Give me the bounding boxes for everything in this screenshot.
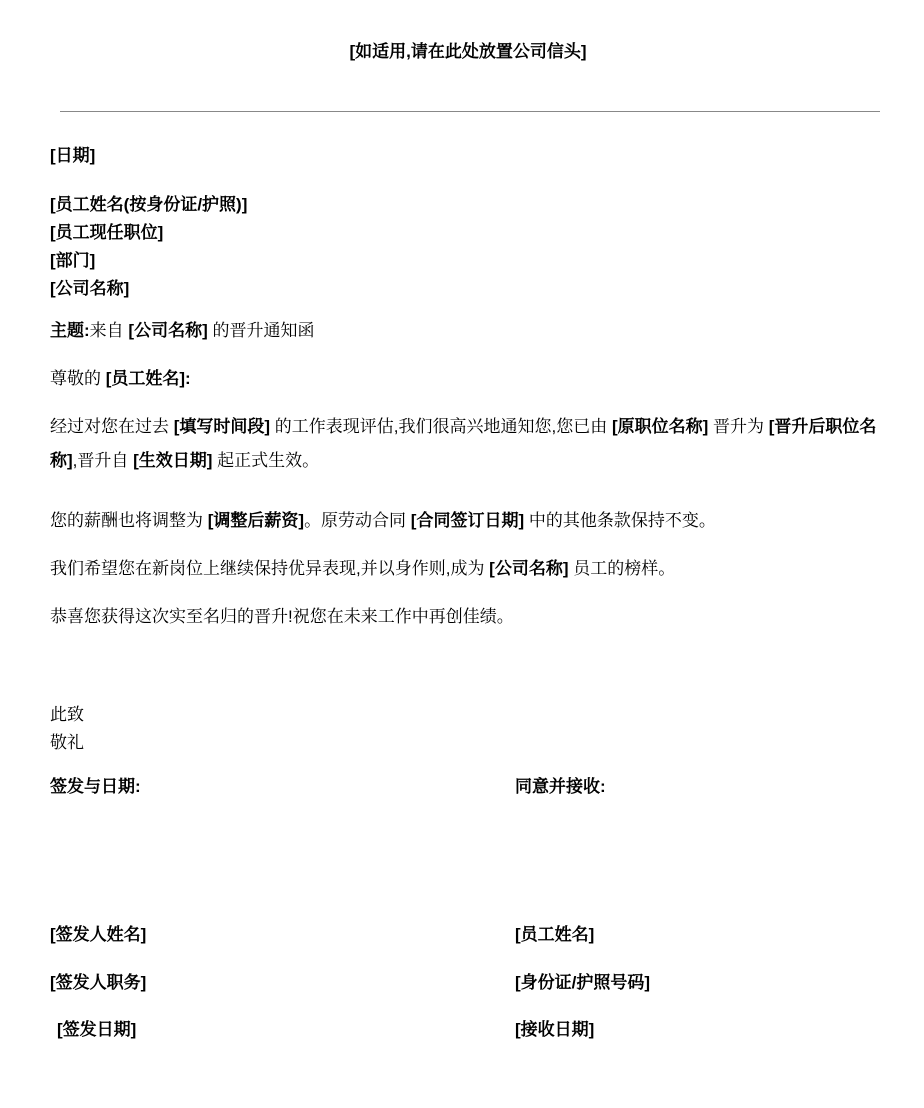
paragraph-expectation: 我们希望您在新岗位上继续保持优异表现,并以身作则,成为 [公司名称] 员工的榜样…	[50, 552, 886, 586]
acceptor-name-placeholder: [员工姓名]	[515, 918, 886, 952]
promotion-letter-document: [如适用,请在此处放置公司信头] [日期] [员工姓名(按身份证/护照)] [员…	[0, 0, 924, 1108]
header-divider	[60, 111, 880, 112]
signature-name-row: [签发人姓名] [员工姓名]	[50, 918, 886, 952]
acceptor-signature-header: 同意并接收:	[515, 770, 886, 804]
recipient-block: [员工姓名(按身份证/护照)] [员工现任职位] [部门] [公司名称]	[50, 191, 886, 303]
date-line: [日期]	[50, 142, 886, 170]
signature-date-row: [签发日期] [接收日期]	[50, 1013, 886, 1047]
subject-line: 主题:来自 [公司名称] 的晋升通知函	[50, 314, 886, 348]
letterhead-placeholder: [如适用,请在此处放置公司信头]	[50, 38, 886, 66]
closing-line-cizhi: 此致	[50, 701, 886, 729]
recipient-position-line: [员工现任职位]	[50, 219, 886, 247]
closing-block: 此致 敬礼	[50, 701, 886, 757]
paragraph-promotion-notice: 经过对您在过去 [填写时间段] 的工作表现评估,我们很高兴地通知您,您已由 [原…	[50, 410, 886, 478]
issue-date-placeholder: [签发日期]	[50, 1013, 515, 1047]
closing-line-jingli: 敬礼	[50, 729, 886, 757]
issuer-name-placeholder: [签发人姓名]	[50, 918, 515, 952]
issuer-signature-header: 签发与日期:	[50, 770, 515, 804]
recipient-department-line: [部门]	[50, 247, 886, 275]
acceptance-date-placeholder: [接收日期]	[515, 1013, 886, 1047]
salutation-line: 尊敬的 [员工姓名]:	[50, 362, 886, 396]
signature-header-row: 签发与日期: 同意并接收:	[50, 770, 886, 804]
acceptor-id-placeholder: [身份证/护照号码]	[515, 966, 886, 1000]
issuer-title-placeholder: [签发人职务]	[50, 966, 515, 1000]
paragraph-congratulations: 恭喜您获得这次实至名归的晋升!祝您在未来工作中再创佳绩。	[50, 600, 886, 634]
recipient-name-line: [员工姓名(按身份证/护照)]	[50, 191, 886, 219]
paragraph-salary-adjustment: 您的薪酬也将调整为 [调整后薪资]。原劳动合同 [合同签订日期] 中的其他条款保…	[50, 504, 886, 538]
signature-title-row: [签发人职务] [身份证/护照号码]	[50, 966, 886, 1000]
recipient-company-line: [公司名称]	[50, 275, 886, 303]
